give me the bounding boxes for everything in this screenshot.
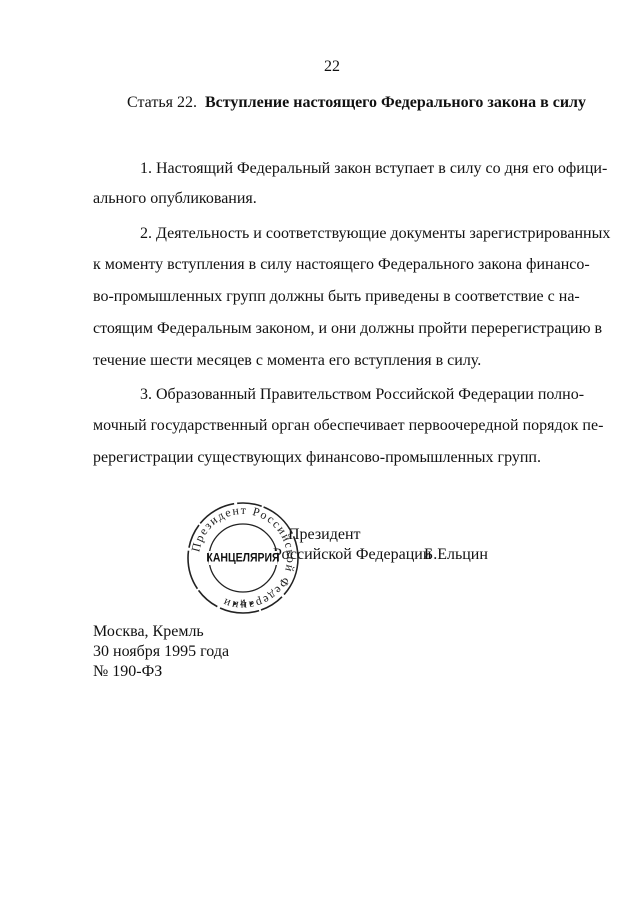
paragraph-2-line-2: к моменту вступления в силу настоящего Ф… xyxy=(93,255,575,275)
paragraph-1-line-2: ального опубликования. xyxy=(93,189,575,209)
article-label: Статья 22. xyxy=(127,94,197,111)
article-title: Вступление настоящего Федерального закон… xyxy=(205,94,586,111)
paragraph-2-line-1: 2. Деятельность и соответствующие докуме… xyxy=(140,224,575,244)
signing-place: Москва, Кремль xyxy=(93,623,204,641)
page-number: 22 xyxy=(12,58,640,76)
article-heading: Статья 22. Вступление настоящего Федерал… xyxy=(127,94,586,112)
signing-date: 30 ноября 1995 года xyxy=(93,643,229,661)
official-stamp-icon: Президент Российской Федерации КАНЦЕЛЯРИ… xyxy=(184,499,302,617)
paragraph-2-line-3: во-промышленных групп должны быть привед… xyxy=(93,287,575,307)
paragraph-3-line-2: мочный государственный орган обеспечивае… xyxy=(93,416,575,436)
law-number: № 190-ФЗ xyxy=(93,663,162,681)
paragraph-3-line-1: 3. Образованный Правительством Российско… xyxy=(140,385,575,405)
signature-name: Б.Ельцин xyxy=(424,546,488,564)
svg-text:• 4 •: • 4 • xyxy=(233,598,253,610)
paragraph-3-line-3: ререгистрации существующих финансово-про… xyxy=(93,448,575,468)
paragraph-2-line-5: течение шести месяцев с момента его всту… xyxy=(93,351,575,371)
paragraph-1-line-1: 1. Настоящий Федеральный закон вступает … xyxy=(140,159,575,179)
svg-text:КАНЦЕЛЯРИЯ: КАНЦЕЛЯРИЯ xyxy=(206,552,279,565)
paragraph-2-line-4: стоящим Федеральным законом, и они должн… xyxy=(93,319,575,339)
